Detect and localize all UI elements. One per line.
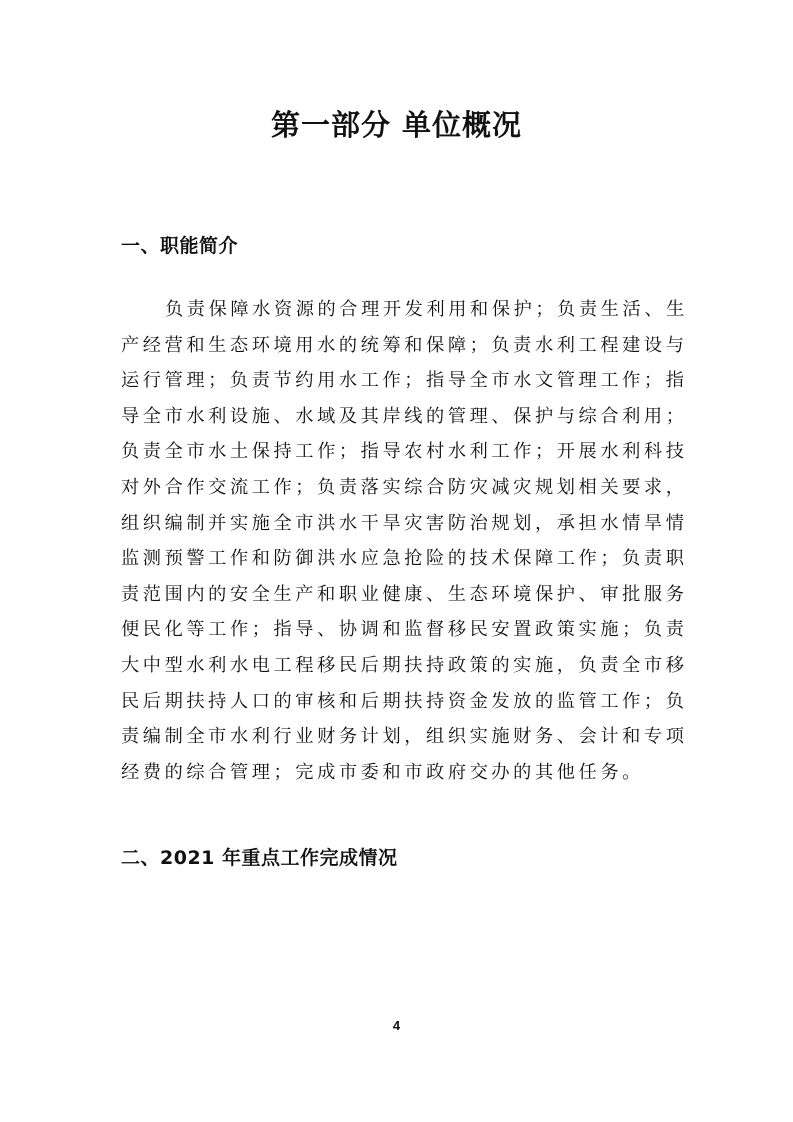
paragraph-line: 组织编制并实施全市洪水干旱灾害防治规划，承担水情旱情 xyxy=(121,506,681,542)
functions-paragraph: 负责保障水资源的合理开发利用和保护；负责生活、生 产经营和生态环境用水的统筹和保… xyxy=(121,292,681,790)
page-number: 4 xyxy=(0,1018,793,1033)
section-heading-key-work-2021: 二、2021 年重点工作完成情况 xyxy=(121,843,398,873)
section-heading-functions: 一、职能简介 xyxy=(121,231,238,261)
paragraph-line: 便民化等工作；指导、协调和监督移民安置政策实施；负责 xyxy=(121,612,681,648)
paragraph-line: 对外合作交流工作；负责落实综合防灾减灾规划相关要求， xyxy=(121,470,681,506)
page-title: 第一部分 单位概况 xyxy=(0,103,793,147)
paragraph-line: 监测预警工作和防御洪水应急抢险的技术保障工作；负责职 xyxy=(121,541,681,577)
paragraph-line: 运行管理；负责节约用水工作；指导全市水文管理工作；指 xyxy=(121,363,681,399)
paragraph-line: 责范围内的安全生产和职业健康、生态环境保护、审批服务 xyxy=(121,577,681,613)
paragraph-line: 责编制全市水利行业财务计划，组织实施财务、会计和专项 xyxy=(121,719,681,755)
paragraph-line: 民后期扶持人口的审核和后期扶持资金发放的监管工作；负 xyxy=(121,684,681,720)
paragraph-line: 负责全市水土保持工作；指导农村水利工作；开展水利科技 xyxy=(121,434,681,470)
paragraph-line: 负责保障水资源的合理开发利用和保护；负责生活、生 xyxy=(121,292,681,328)
paragraph-line: 大中型水利水电工程移民后期扶持政策的实施，负责全市移 xyxy=(121,648,681,684)
paragraph-line: 导全市水利设施、水域及其岸线的管理、保护与综合利用； xyxy=(121,399,681,435)
paragraph-line: 产经营和生态环境用水的统筹和保障；负责水利工程建设与 xyxy=(121,328,681,364)
paragraph-line: 经费的综合管理；完成市委和市政府交办的其他任务。 xyxy=(121,755,681,791)
